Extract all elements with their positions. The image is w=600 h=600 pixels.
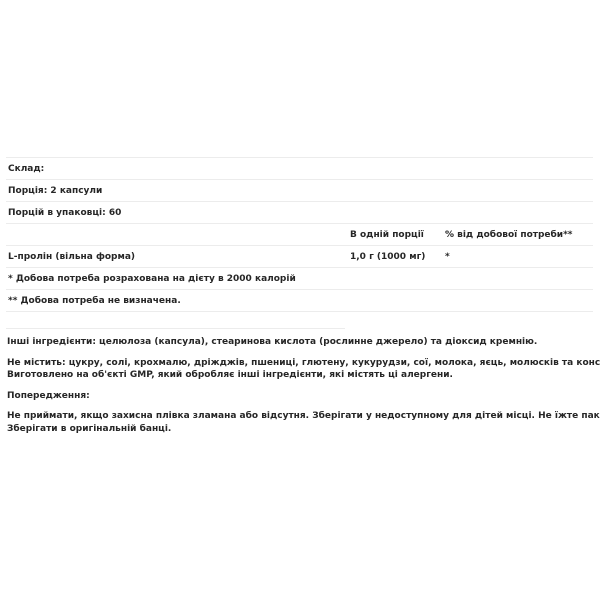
footnote-row-2: ** Добова потреба не визначена.	[6, 290, 593, 312]
ingredient-name: L-пролін (вільна форма)	[6, 252, 350, 262]
header-daily-value: % від добової потреби**	[445, 230, 593, 240]
table-header-row: В одній порції % від добової потреби**	[6, 224, 593, 246]
warning-label: Попередження:	[7, 390, 597, 403]
warning-line-2: Зберігати в оригінальній банці.	[7, 424, 171, 434]
ingredient-daily-value: *	[445, 252, 593, 262]
supplement-facts-table: Склад: Порція: 2 капсули Порцій в упаков…	[6, 157, 593, 312]
does-not-contain: Не містить: цукру, солі, крохмалю, дріжд…	[7, 358, 600, 368]
ingredient-amount: 1,0 г (1000 мг)	[350, 252, 445, 262]
allergen-info: Не містить: цукру, солі, крохмалю, дріжд…	[7, 357, 597, 382]
header-per-serving: В одній порції	[350, 230, 445, 240]
serving-size-row: Порція: 2 капсули	[6, 180, 593, 202]
other-ingredients: Інші інгредієнти: целюлоза (капсула), ст…	[7, 336, 597, 349]
composition-label: Склад:	[6, 164, 350, 174]
servings-per-container: Порцій в упаковці: 60	[6, 208, 350, 218]
footnote-not-established: ** Добова потреба не визначена.	[6, 296, 350, 306]
serving-size: Порція: 2 капсули	[6, 186, 350, 196]
table-row: L-пролін (вільна форма) 1,0 г (1000 мг) …	[6, 246, 593, 268]
gmp-note: Виготовлено на об'єкті GMP, який обробля…	[7, 370, 453, 380]
product-info: Інші інгредієнти: целюлоза (капсула), ст…	[7, 336, 597, 443]
servings-per-container-row: Порцій в упаковці: 60	[6, 202, 593, 224]
composition-row: Склад:	[6, 158, 593, 180]
warning-text: Не приймати, якщо захисна плівка зламана…	[7, 410, 597, 435]
footnote-daily-calories: * Добова потреба розрахована на дієту в …	[6, 274, 350, 284]
section-divider	[6, 328, 345, 329]
footnote-row-1: * Добова потреба розрахована на дієту в …	[6, 268, 593, 290]
warning-line-1: Не приймати, якщо захисна плівка зламана…	[7, 411, 600, 421]
